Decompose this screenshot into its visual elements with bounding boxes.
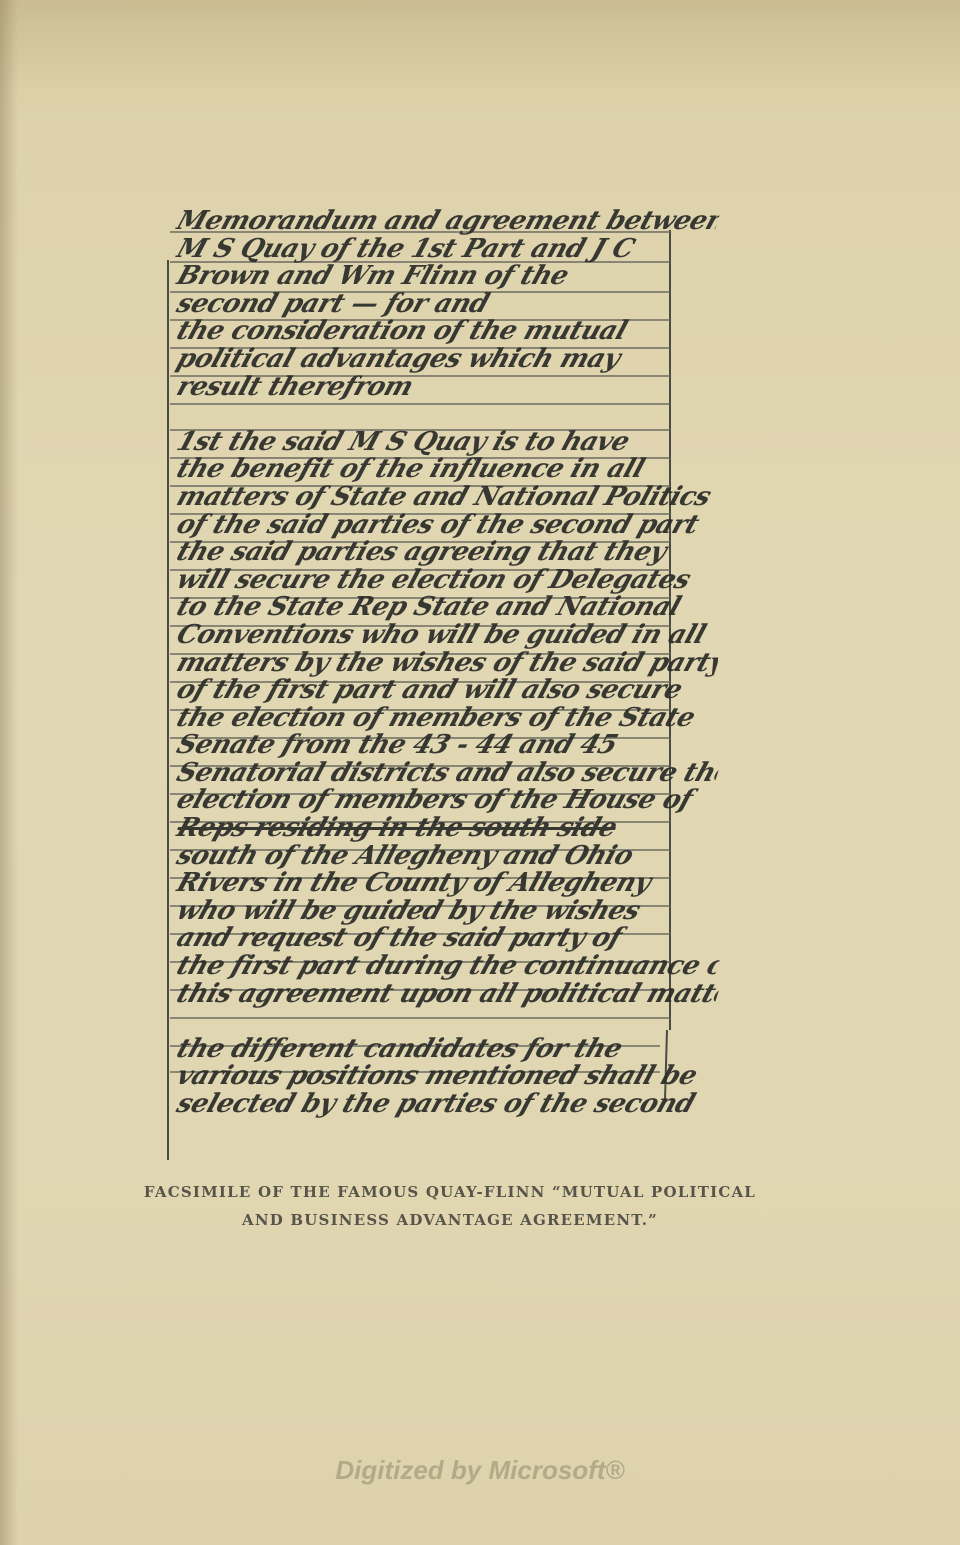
handwritten-line: the said parties agreeing that they [173,539,722,567]
handwritten-line: the benefit of the influence in all [173,456,722,484]
handwritten-line: selected by the parties of the second [173,1091,722,1119]
page-top-shading [0,0,960,90]
struck-through-text: Reps residing in the south side [173,815,621,843]
handwritten-line: this agreement upon all political matter… [173,981,722,1009]
book-spine-shadow [0,0,18,1545]
handwritten-line: M S Quay of the 1st Part and J C [173,236,722,264]
handwritten-line-blank [173,401,722,429]
handwritten-line: result therefrom [173,374,722,402]
handwritten-line: to the State Rep State and National [173,594,722,622]
handwritten-line: second part — for and [173,291,722,319]
handwritten-line: of the said parties of the second part [173,512,722,540]
handwritten-line: and request of the said party of [173,925,722,953]
handwritten-text: Memorandum and agreement between M S Qua… [173,208,713,1119]
handwritten-line: Brown and Wm Flinn of the [173,263,722,291]
handwritten-line: the first part during the continuance of [173,953,722,981]
digitization-watermark: Digitized by Microsoft® [280,1455,680,1486]
caption-line-1: Facsimile of the famous Quay-Flinn “mutu… [80,1178,820,1206]
handwritten-line: Conventions who will be guided in all [173,622,722,650]
handwritten-line-struck: Reps residing in the south side [173,815,722,843]
handwritten-line: matters of State and National Politics [173,484,722,512]
handwritten-facsimile: Memorandum and agreement between M S Qua… [155,200,735,1160]
handwritten-line: matters by the wishes of the said party [173,650,722,678]
handwritten-line: south of the Allegheny and Ohio [173,843,722,871]
handwritten-line: who will be guided by the wishes [173,898,722,926]
handwritten-line: the consideration of the mutual [173,318,722,346]
handwritten-line: 1st the said M S Quay is to have [173,429,722,457]
handwritten-line: election of members of the House of [173,787,722,815]
figure-caption: Facsimile of the famous Quay-Flinn “mutu… [80,1178,820,1234]
handwritten-line-blank [173,1008,722,1036]
handwritten-line: the different candidates for the [173,1036,722,1064]
handwritten-line: Senatorial districts and also secure the [173,760,722,788]
handwritten-line: the election of members of the State [173,705,722,733]
handwritten-line: Senate from the 43 - 44 and 45 [173,732,722,760]
handwritten-line: various positions mentioned shall be [173,1063,722,1091]
handwritten-line: Memorandum and agreement between [173,208,722,236]
caption-line-2: and business advantage agreement.” [80,1206,820,1234]
handwritten-line: political advantages which may [173,346,722,374]
handwritten-line: will secure the election of Delegates [173,567,722,595]
handwritten-line: Rivers in the County of Allegheny [173,870,722,898]
handwritten-line: of the first part and will also secure [173,677,722,705]
